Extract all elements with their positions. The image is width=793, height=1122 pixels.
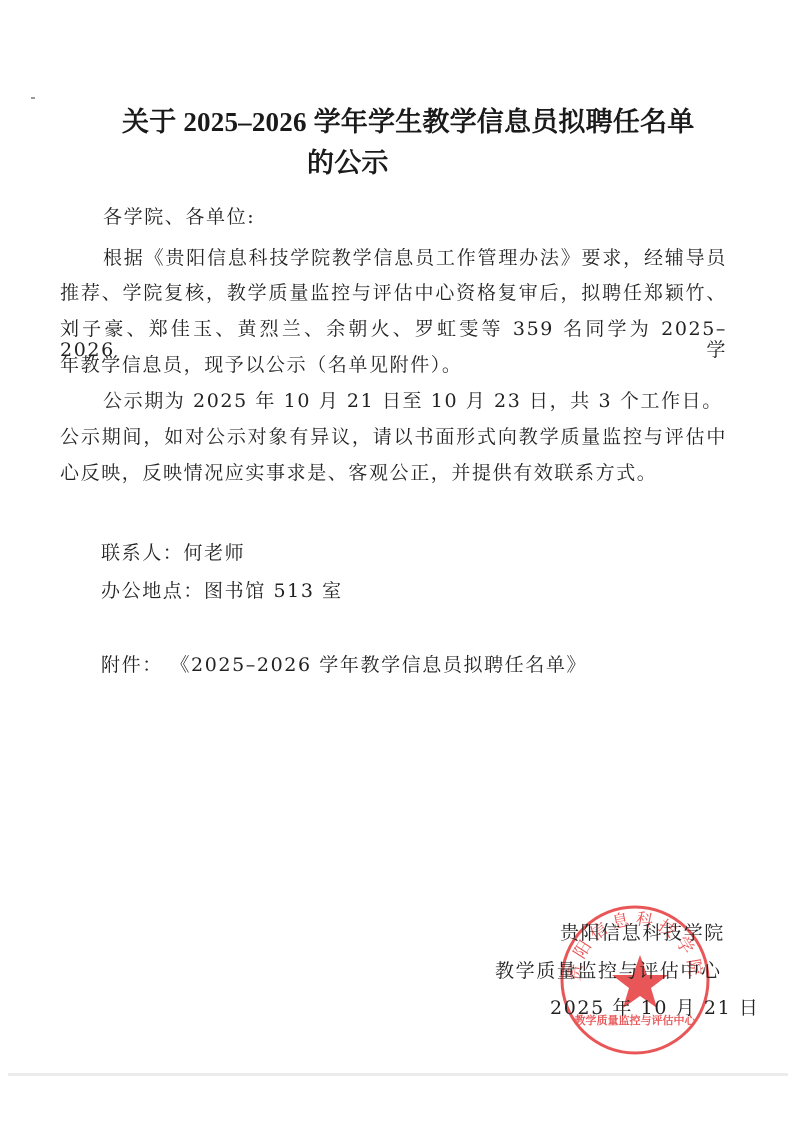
paragraph3-line1: 公示期间，如对公示对象有异议，请以书面形式向教学质量监控与评估中: [60, 427, 727, 448]
signature-date: 2025 年 10 月 21 日: [550, 993, 760, 1020]
paragraph2: 公示期为 2025 年 10 月 21 日至 10 月 23 日，共 3 个工作…: [103, 391, 723, 412]
signature-org: 贵阳信息科技学院: [560, 918, 725, 945]
document-title-line1: 关于 2025–2026 学年学生教学信息员拟聘任名单: [122, 100, 694, 139]
paragraph1-line2: 推荐、学院复核，教学质量监控与评估中心资格复审后，拟聘任郑颖竹、: [60, 283, 727, 304]
contact-person: 联系人：何老师: [101, 543, 245, 564]
attachment-line: 附件： 《2025–2026 学年教学信息员拟聘任名单》: [101, 655, 587, 676]
paragraph1-line4: 年教学信息员，现予以公示（名单见附件）。: [60, 355, 463, 376]
scan-artifact: [31, 97, 35, 99]
paragraph3-line1-text: 公示期间，如对公示对象有异议，请以书面形式向教学质量监控与评估中: [60, 427, 727, 448]
salutation: 各学院、各单位:: [103, 207, 255, 228]
document-title-line2: 的公示: [307, 141, 389, 180]
signature-dept: 教学质量监控与评估中心: [495, 956, 722, 983]
office-location: 办公地点：图书馆 513 室: [101, 581, 343, 602]
scan-edge-line: [8, 1073, 788, 1076]
paragraph1-line1: 根据《贵阳信息科技学院教学信息员工作管理办法》要求，经辅导员: [103, 248, 727, 269]
paragraph3-line2: 心反映，反映情况应实事求是、客观公正，并提供有效联系方式。: [60, 463, 657, 484]
paragraph1-line2-text: 推荐、学院复核，教学质量监控与评估中心资格复审后，拟聘任郑颖竹、: [60, 283, 727, 304]
paragraph1-line1-text: 根据《贵阳信息科技学院教学信息员工作管理办法》要求，经辅导员: [103, 248, 727, 269]
